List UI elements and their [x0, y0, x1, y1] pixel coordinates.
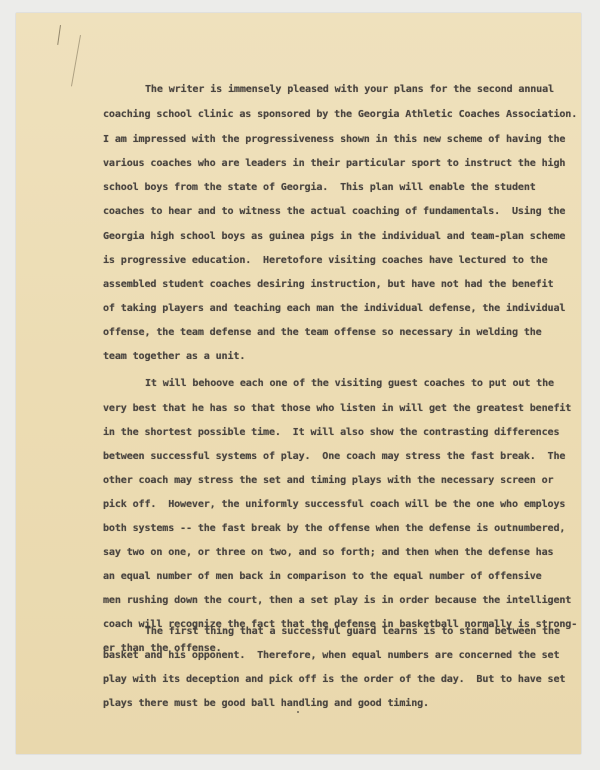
- paper-crease-mark: [71, 35, 81, 86]
- text-line: both systems -- the fast break by the of…: [103, 523, 565, 534]
- text-line: various coaches who are leaders in their…: [103, 158, 565, 169]
- text-line: team together as a unit.: [103, 351, 245, 362]
- paper-crease-mark: [57, 25, 61, 45]
- text-line: Georgia high school boys as guinea pigs …: [103, 231, 565, 242]
- text-line: plays there must be good ball handling a…: [103, 698, 429, 709]
- text-line: assembled student coaches desiring instr…: [103, 279, 553, 290]
- stray-ink-dot: [297, 711, 299, 713]
- text-line: between successful systems of play. One …: [103, 451, 565, 462]
- text-line: pick off. However, the uniformly success…: [103, 499, 565, 510]
- text-line: The first thing that a successful guard …: [145, 626, 560, 637]
- text-line: other coach may stress the set and timin…: [103, 475, 553, 486]
- text-line: an equal number of men back in compariso…: [103, 571, 542, 582]
- text-line: in the shortest possible time. It will a…: [103, 427, 559, 438]
- text-line: coaches to hear and to witness the actua…: [103, 206, 565, 217]
- text-line: basket and his opponent. Therefore, when…: [103, 650, 559, 661]
- text-line: is progressive education. Heretofore vis…: [103, 255, 548, 266]
- text-line: school boys from the state of Georgia. T…: [103, 182, 536, 193]
- text-line: The writer is immensely pleased with you…: [145, 84, 554, 95]
- text-line: I am impressed with the progressiveness …: [103, 134, 565, 145]
- text-line: play with its deception and pick off is …: [103, 674, 565, 685]
- text-line: offense, the team defense and the team o…: [103, 327, 542, 338]
- text-line: It will behoove each one of the visiting…: [145, 378, 554, 389]
- text-line: of taking players and teaching each man …: [103, 303, 565, 314]
- text-line: say two on one, or three on two, and so …: [103, 547, 553, 558]
- text-line: very best that he has so that those who …: [103, 403, 571, 414]
- text-line: men rushing down the court, then a set p…: [103, 595, 571, 606]
- text-line: coaching school clinic as sponsored by t…: [103, 109, 577, 120]
